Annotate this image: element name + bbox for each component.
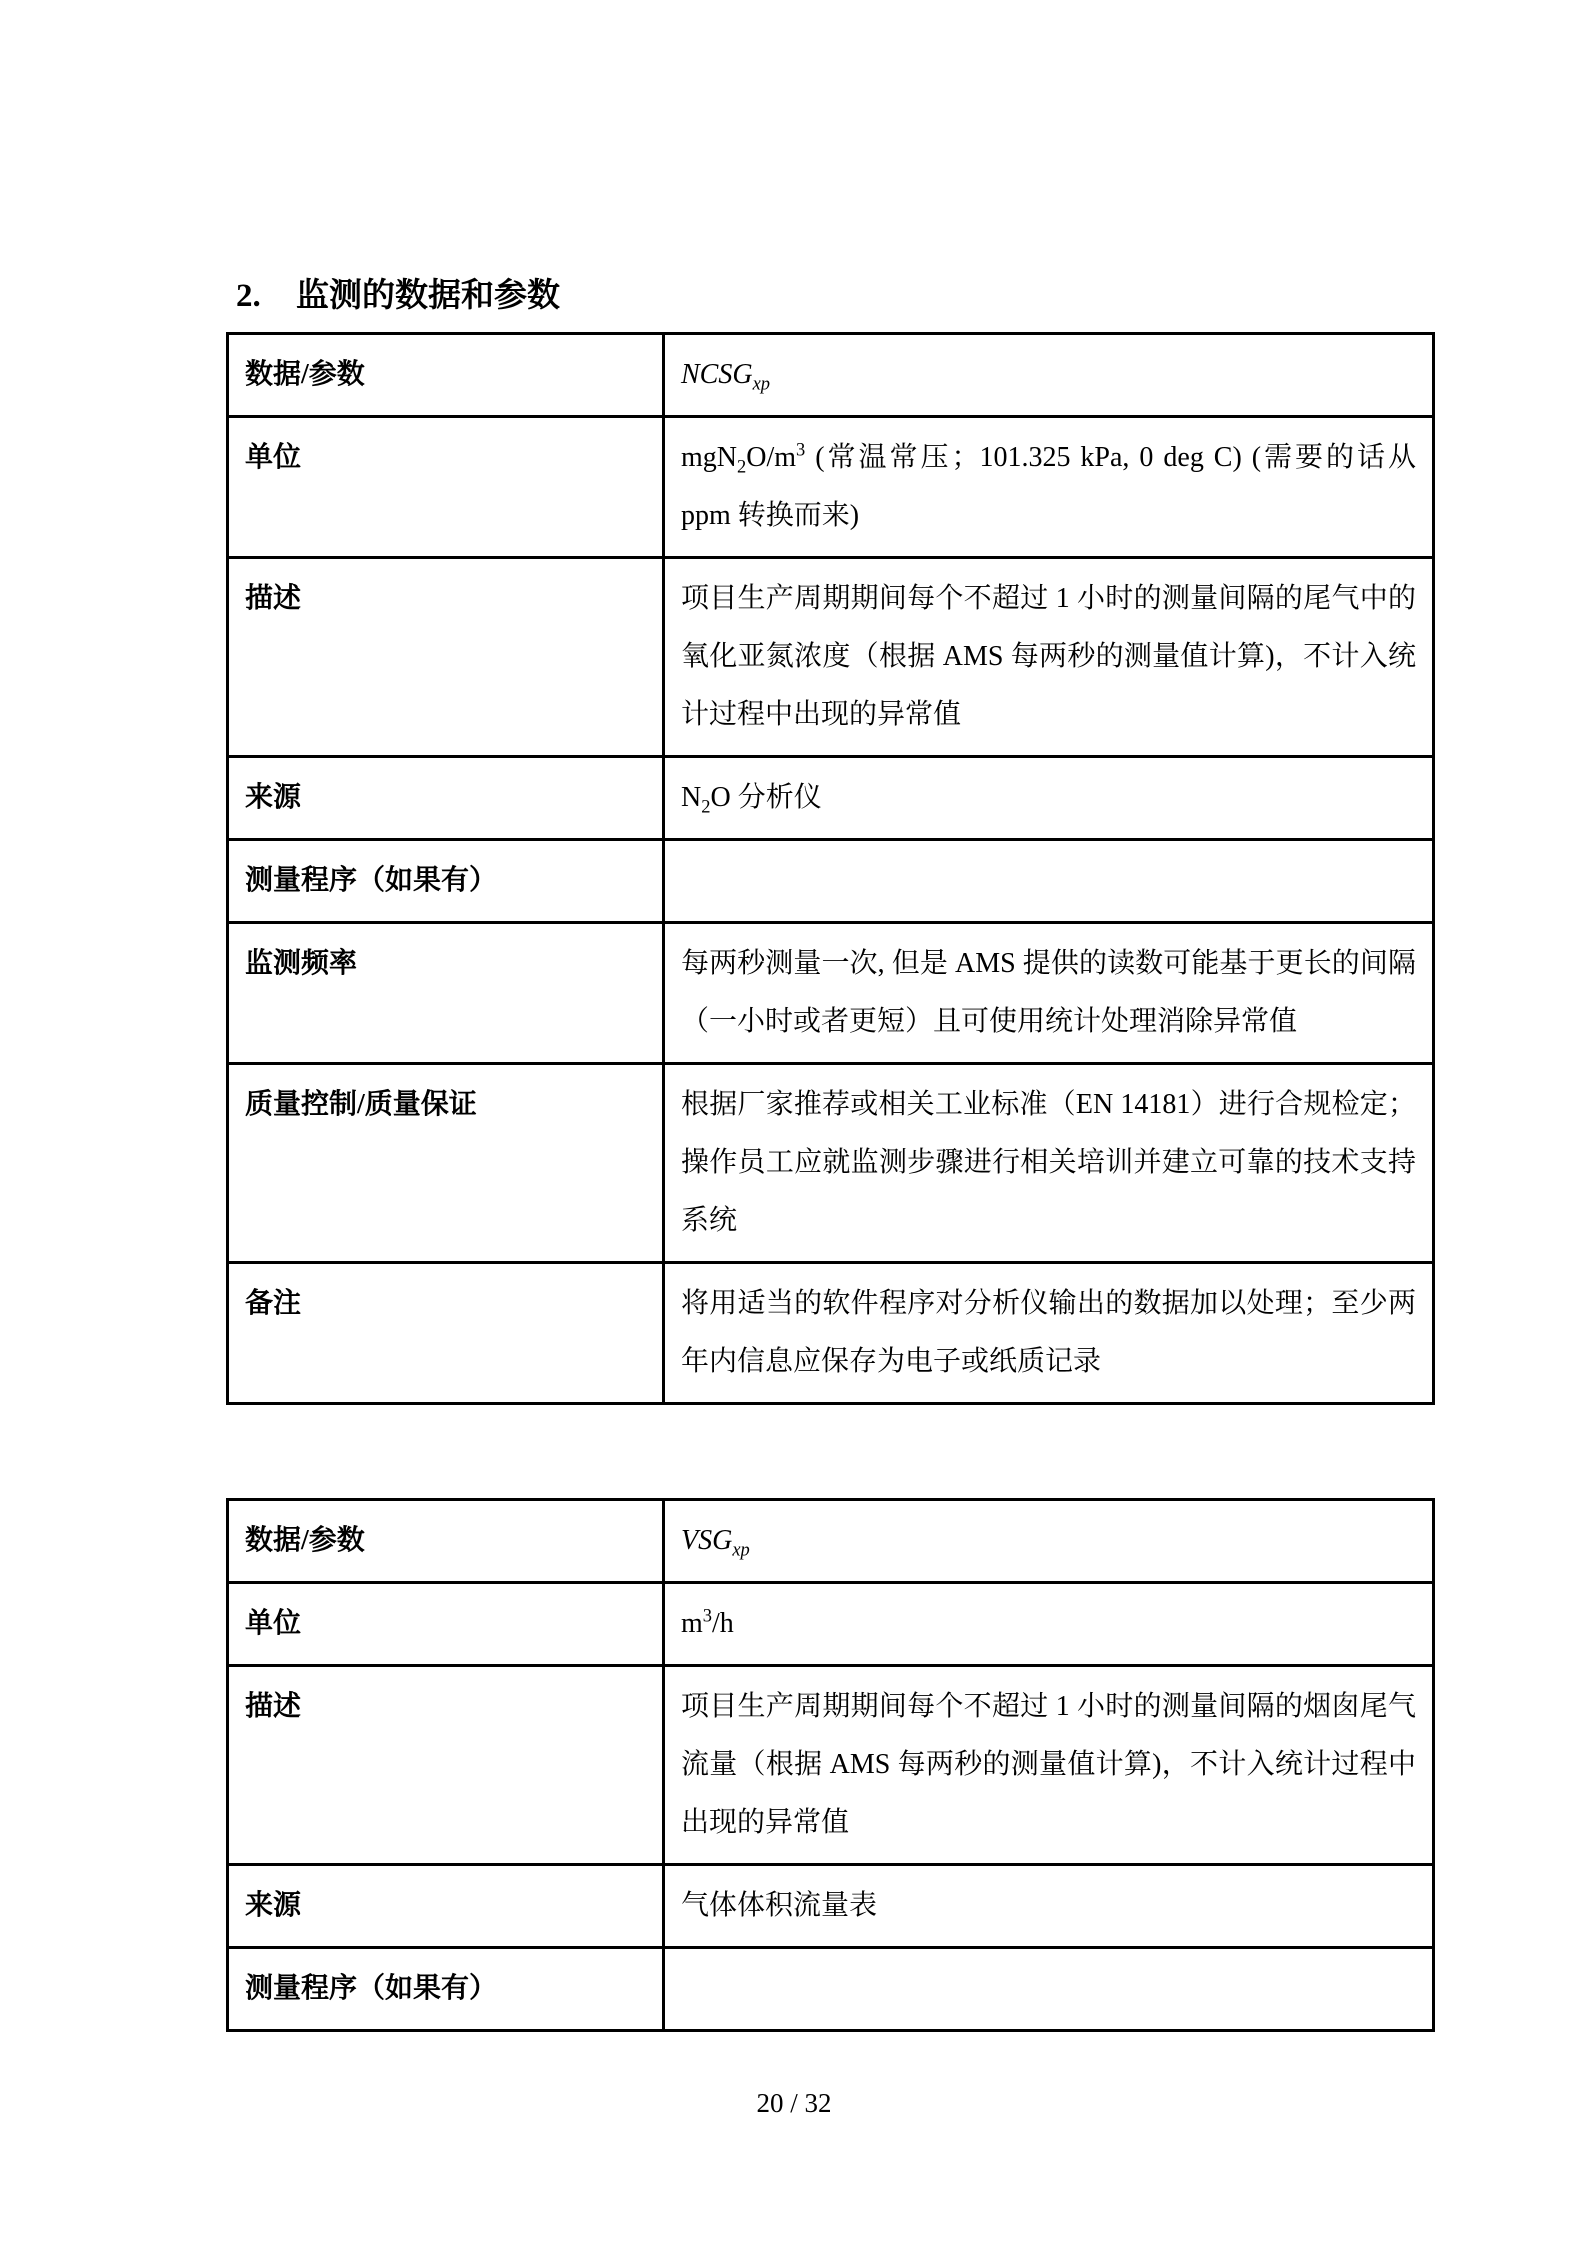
table-row: 描述 项目生产周期期间每个不超过 1 小时的测量间隔的烟囱尾气流量（根据 AMS… [228,1666,1434,1865]
param-value-cell [664,840,1434,923]
parameter-table-vsg: 数据/参数 VSGxp 单位 m3/h 描述 项目生产周期期间每个不超过 1 小… [226,1498,1435,2032]
param-value-cell: 将用适当的软件程序对分析仪输出的数据加以处理；至少两年内信息应保存为电子或纸质记… [664,1263,1434,1404]
document-page: 2.监测的数据和参数 数据/参数 NCSGxp 单位 mgN2O/m3 (常温常… [0,0,1362,2119]
param-value-cell: 根据厂家推荐或相关工业标准（EN 14181）进行合规检定；操作员工应就监测步骤… [664,1064,1434,1263]
param-label-cell: 描述 [228,1666,664,1865]
table-row: 质量控制/质量保证 根据厂家推荐或相关工业标准（EN 14181）进行合规检定；… [228,1064,1434,1263]
section-number: 2. [236,276,296,316]
param-value-cell: 项目生产周期期间每个不超过 1 小时的测量间隔的烟囱尾气流量（根据 AMS 每两… [664,1666,1434,1865]
table-row: 单位 m3/h [228,1583,1434,1666]
param-label-cell: 质量控制/质量保证 [228,1064,664,1263]
table-row: 数据/参数 VSGxp [228,1500,1434,1583]
param-label-cell: 数据/参数 [228,334,664,417]
param-value-cell: mgN2O/m3 (常温常压；101.325 kPa, 0 deg C) (需要… [664,417,1434,558]
table-row: 测量程序（如果有） [228,840,1434,923]
param-label-cell: 测量程序（如果有） [228,1948,664,2031]
parameter-table-ncsg: 数据/参数 NCSGxp 单位 mgN2O/m3 (常温常压；101.325 k… [226,332,1435,1405]
param-value-cell: 每两秒测量一次, 但是 AMS 提供的读数可能基于更长的间隔（一小时或者更短）且… [664,923,1434,1064]
param-label-cell: 测量程序（如果有） [228,840,664,923]
table-row: 描述 项目生产周期期间每个不超过 1 小时的测量间隔的尾气中的氧化亚氮浓度（根据… [228,558,1434,757]
param-label-cell: 描述 [228,558,664,757]
table-row: 数据/参数 NCSGxp [228,334,1434,417]
table-row: 备注 将用适当的软件程序对分析仪输出的数据加以处理；至少两年内信息应保存为电子或… [228,1263,1434,1404]
section-title: 监测的数据和参数 [296,278,560,314]
param-label-cell: 来源 [228,1865,664,1948]
param-label-cell: 单位 [228,1583,664,1666]
table-row: 测量程序（如果有） [228,1948,1434,2031]
table-row: 监测频率 每两秒测量一次, 但是 AMS 提供的读数可能基于更长的间隔（一小时或… [228,923,1434,1064]
param-value-cell: VSGxp [664,1500,1434,1583]
param-value-cell: m3/h [664,1583,1434,1666]
param-value-cell: 气体体积流量表 [664,1865,1434,1948]
table-row: 来源 N2O 分析仪 [228,757,1434,840]
param-label-cell: 数据/参数 [228,1500,664,1583]
param-value-cell: N2O 分析仪 [664,757,1434,840]
param-label-cell: 单位 [228,417,664,558]
param-value-cell [664,1948,1434,2031]
section-heading: 2.监测的数据和参数 [236,276,1362,316]
page-number: 20 / 32 [226,2087,1362,2119]
param-label-cell: 监测频率 [228,923,664,1064]
param-label-cell: 来源 [228,757,664,840]
table-row: 来源 气体体积流量表 [228,1865,1434,1948]
table-row: 单位 mgN2O/m3 (常温常压；101.325 kPa, 0 deg C) … [228,417,1434,558]
param-label-cell: 备注 [228,1263,664,1404]
param-value-cell: NCSGxp [664,334,1434,417]
param-value-cell: 项目生产周期期间每个不超过 1 小时的测量间隔的尾气中的氧化亚氮浓度（根据 AM… [664,558,1434,757]
